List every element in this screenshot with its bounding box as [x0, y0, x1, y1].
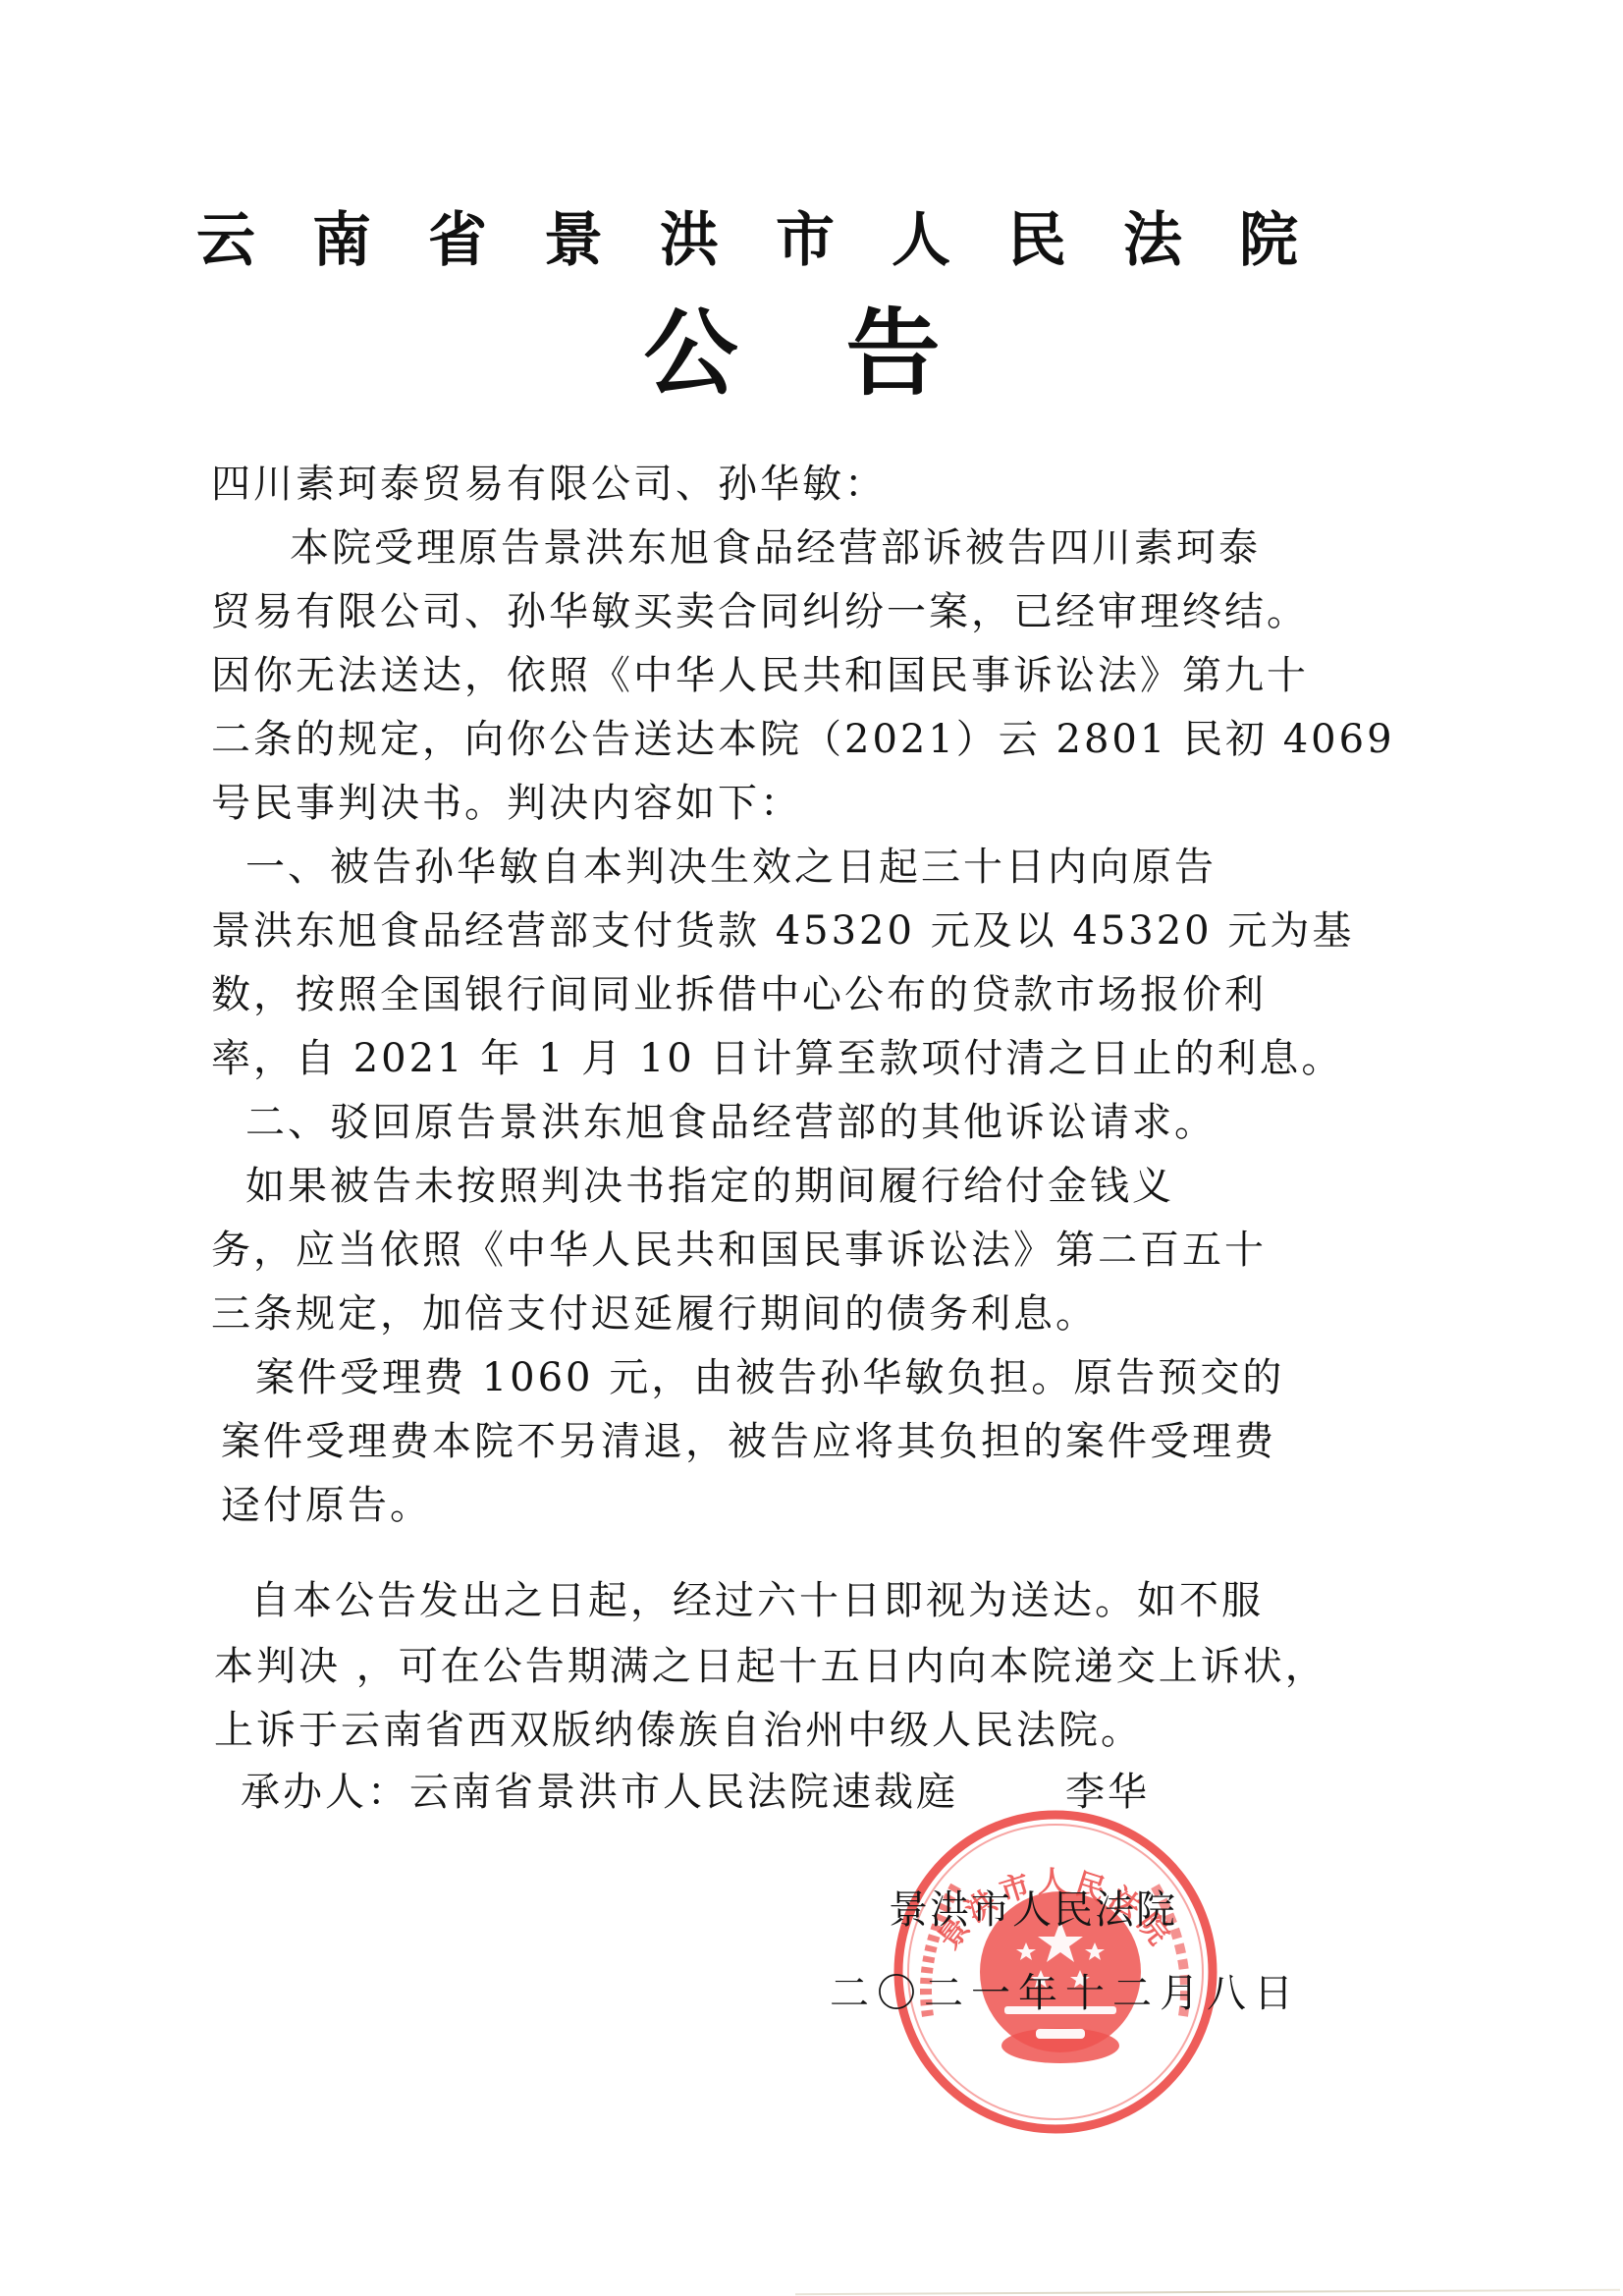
body-line: 景洪东旭食品经营部支付货款 45320 元及以 45320 元为基	[211, 906, 1354, 956]
closing-line: 自本公告发出之日起，经过六十日即视为送达。如不服	[250, 1576, 1264, 1625]
judgment-item-1: 一、被告孙华敏自本判决生效之日起三十日内向原告	[245, 843, 1217, 892]
body-line: 贸易有限公司、孙华敏买卖合同纠纷一案，已经审理终结。	[211, 587, 1309, 636]
body-line: 本院受理原告景洪东旭食品经营部诉被告四川素珂泰	[290, 523, 1261, 573]
signature-date: 二〇二一年十二月八日	[830, 1969, 1301, 2018]
body-line: 数，按照全国银行间同业拆借中心公布的贷款市场报价利	[211, 970, 1267, 1019]
scan-edge-divider	[795, 2289, 1620, 2295]
handler-label: 承办人：云南省景洪市人民法院速裁庭	[241, 1768, 958, 1817]
body-line: 如果被告未按照判决书指定的期间履行给付金钱义	[245, 1162, 1174, 1211]
fee-line: 案件受理费 1060 元，由被告孙华敏负担。原告预交的	[255, 1353, 1284, 1402]
court-name-heading: 云南省景洪市人民法院	[196, 206, 1375, 275]
document-page: 云南省景洪市人民法院 公告 四川素珂泰贸易有限公司、孙华敏： 本院受理原告景洪东…	[0, 0, 1623, 2296]
body-line: 案件受理费本院不另清退，被告应将其负担的案件受理费	[221, 1417, 1276, 1466]
addressee: 四川素珂泰贸易有限公司、孙华敏：	[211, 460, 887, 509]
closing-line: 上诉于云南省西双版纳傣族自治州中级人民法院。	[214, 1706, 1143, 1755]
closing-line: 本判决 ，可在公告期满之日起十五日内向本院递交上诉状，	[214, 1642, 1327, 1691]
body-line: 号民事判决书。判决内容如下：	[211, 779, 802, 828]
notice-title: 公告	[0, 300, 1623, 408]
judgment-item-2: 二、驳回原告景洪东旭食品经营部的其他诉讼请求。	[245, 1098, 1217, 1147]
body-line: 率，自 2021 年 1 月 10 日计算至款项付清之日止的利息。	[211, 1034, 1343, 1083]
signature-court: 景洪市人民法院	[889, 1886, 1177, 1935]
body-line: 因你无法送达，依照《中华人民共和国民事诉讼法》第九十	[211, 651, 1309, 700]
body-line: 三条规定，加倍支付迟延履行期间的债务利息。	[211, 1289, 1098, 1339]
body-line: 务，应当依照《中华人民共和国民事诉讼法》第二百五十	[211, 1226, 1267, 1275]
body-line: 二条的规定，向你公告送达本院（2021）云 2801 民初 4069	[211, 715, 1395, 764]
body-line: 迳付原告。	[221, 1481, 432, 1530]
